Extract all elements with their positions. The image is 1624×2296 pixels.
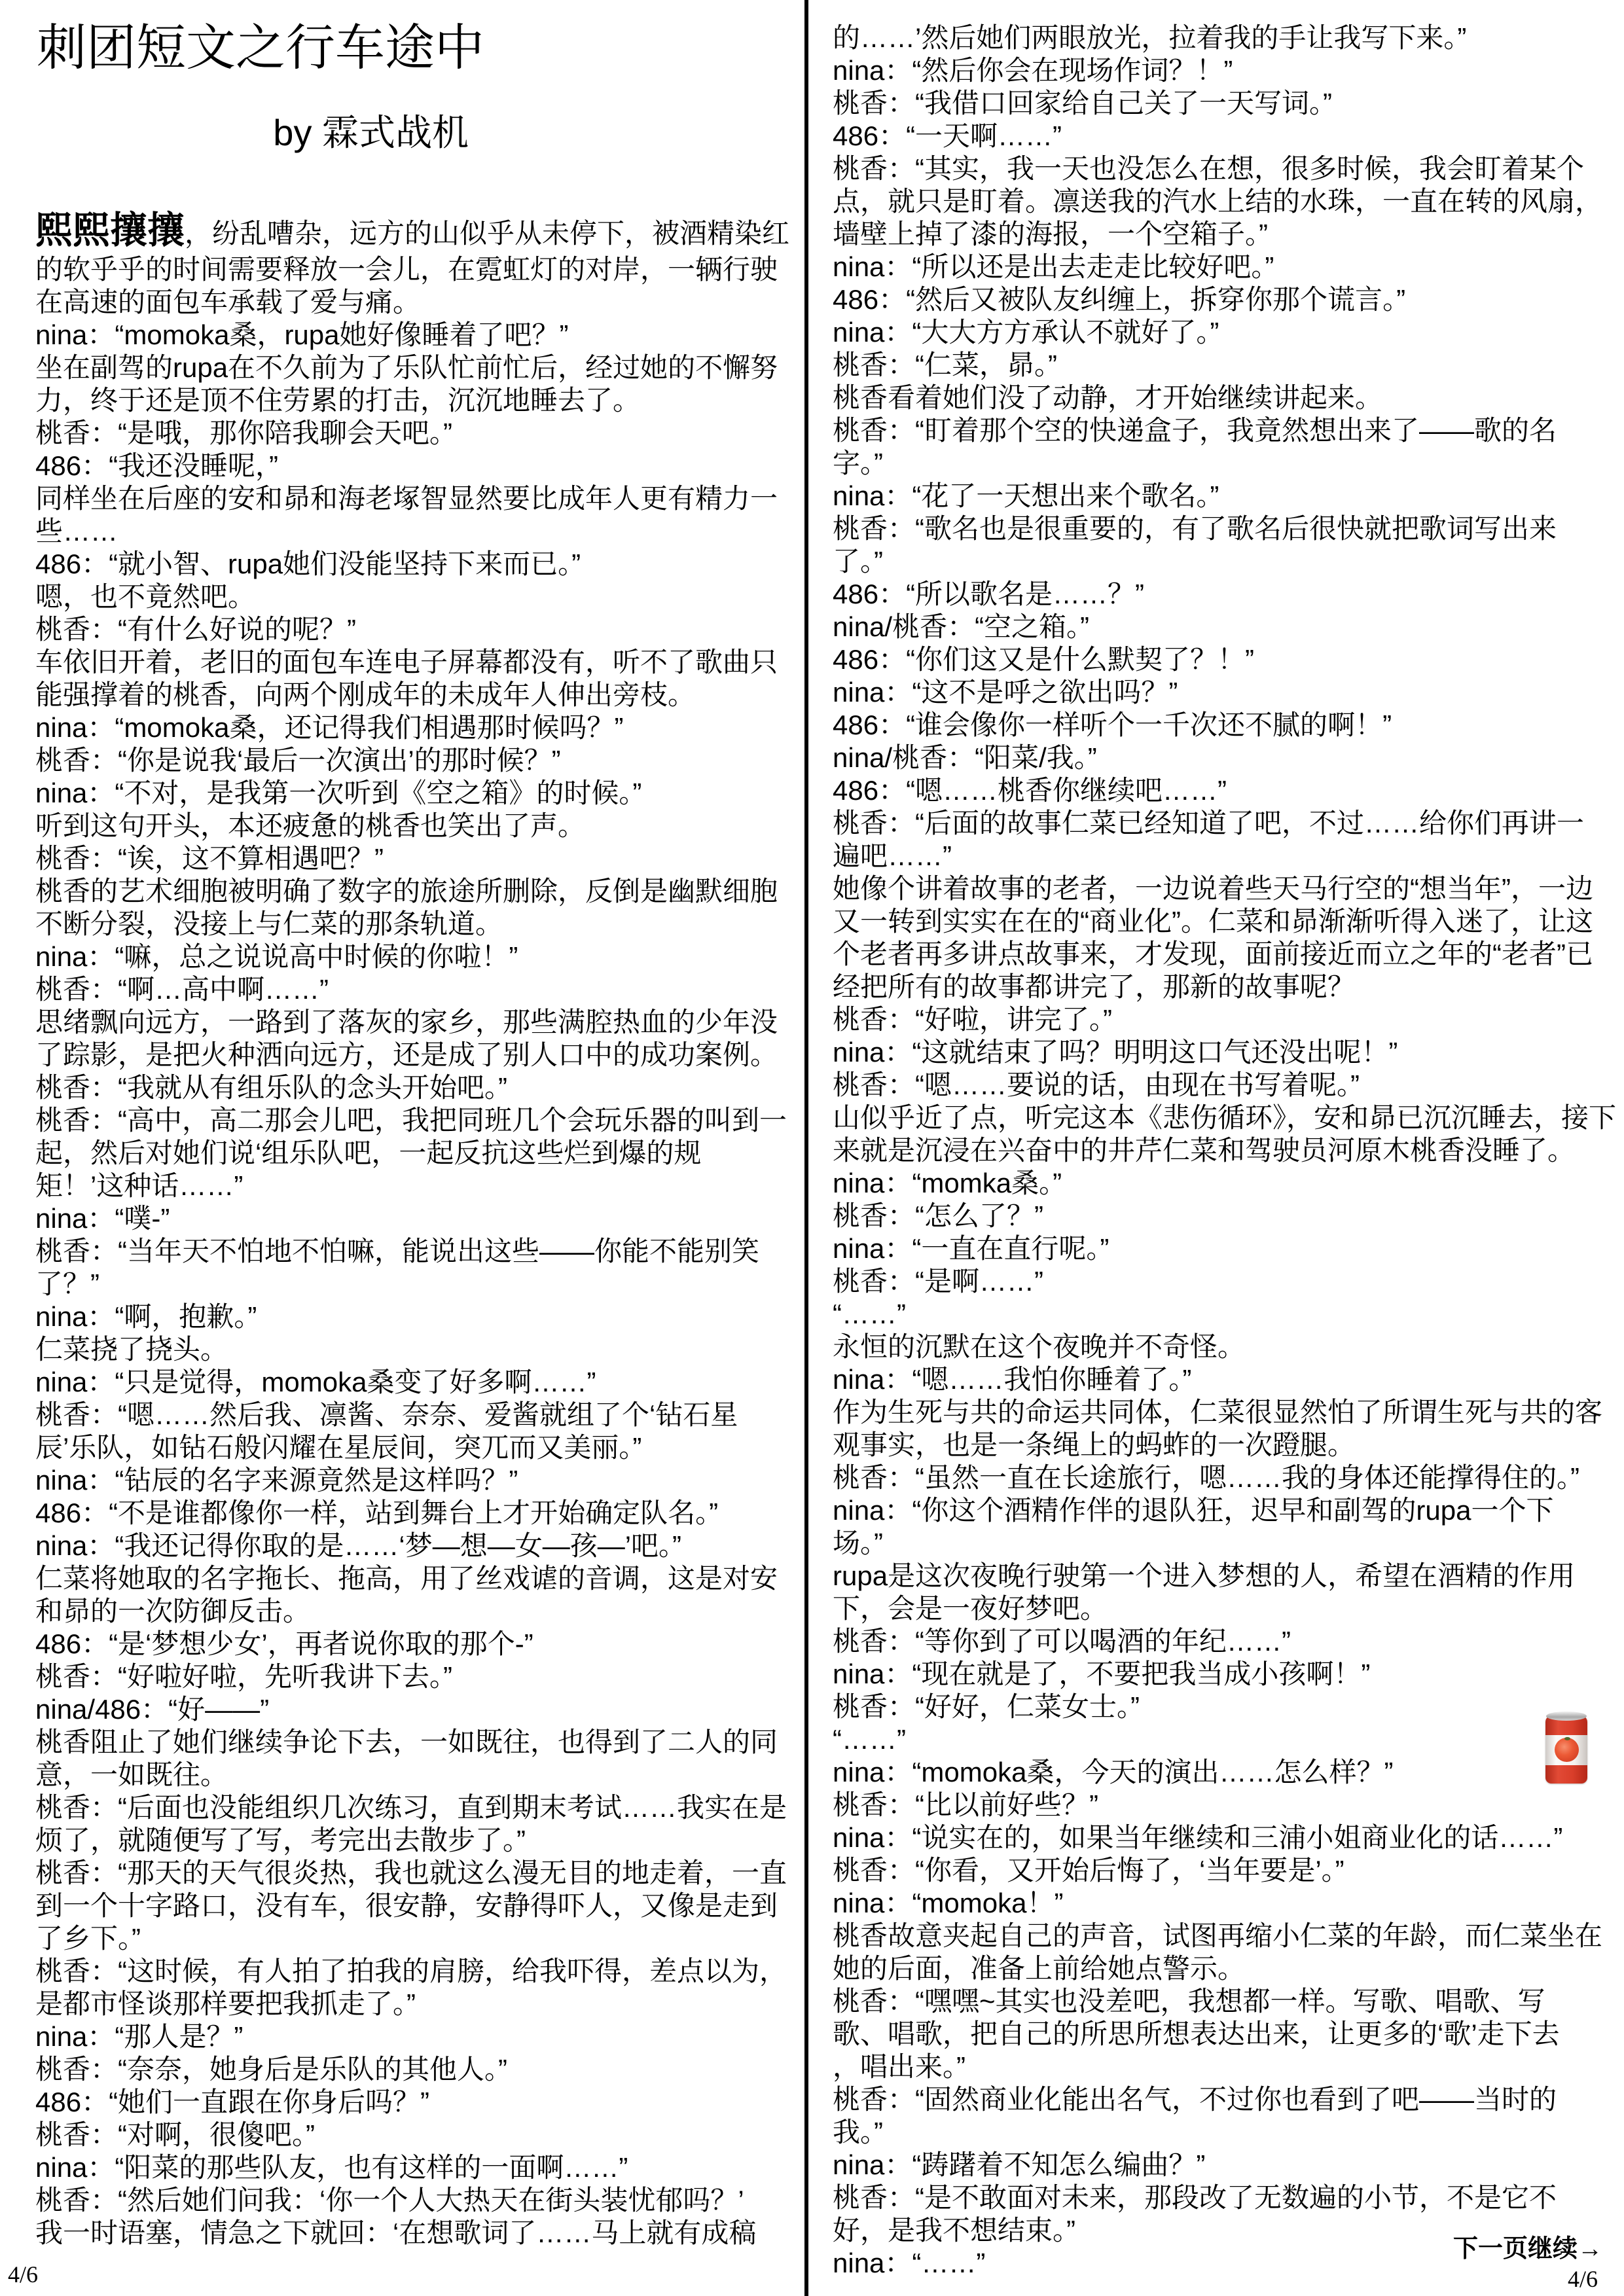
right-column-line: 桃香：“是不敢面对未来，那段改了无数遍的小节，不是它不: [833, 2181, 1618, 2214]
right-column-line: 桃香：“是啊……”: [833, 1265, 1618, 1298]
left-column-line: 嗯，也不竟然吧。: [35, 581, 803, 613]
left-column-line: 桃香：“有什么好说的呢？”: [35, 613, 803, 646]
right-column-line: rupa是这次夜晚行驶第一个进入梦想的人，希望在酒精的作用: [833, 1560, 1618, 1592]
left-column-line: nina：“啊，抱歉。”: [35, 1300, 803, 1333]
left-column-line: 辰’乐队，如钻石般闪耀在星辰间，突兀而又美丽。”: [35, 1431, 803, 1464]
right-column-line: nina：“这就结束了吗？明明这口气还没出呢！”: [833, 1036, 1618, 1069]
left-column-line: 矩！’这种话……”: [35, 1170, 803, 1202]
right-column-line: nina：“说实在的，如果当年继续和三浦小姐商业化的话……”: [833, 1821, 1618, 1854]
right-column: 的……’然后她们两眼放光，拉着我的手让我写下来。” nina：“然后你会在现场作…: [833, 22, 1618, 2280]
right-column-line: 桃香：“固然商业化能出名气，不过你也看到了吧——当时的: [833, 2083, 1618, 2116]
author-byline: by 霖式战机: [0, 113, 469, 152]
right-column-line: 桃香：“仁菜，昴。”: [833, 349, 1618, 382]
right-column-line: 字。”: [833, 447, 1618, 480]
tomato-can-icon: [1545, 1712, 1589, 1785]
right-column-line: nina：“然后你会在现场作词？！”: [833, 54, 1618, 87]
left-column-line: 坐在副驾的rupa在不久前为了乐队忙前忙后，经过她的不懈努: [35, 351, 803, 384]
left-column-line: 车依旧开着，老旧的面包车连电子屏幕都没有，听不了歌曲只: [35, 646, 803, 679]
right-column-line: 观事实，也是一条绳上的蚂蚱的一次蹬腿。: [833, 1429, 1618, 1462]
right-column-line: 又一转到实实在在的“商业化”。仁菜和昴渐渐听得入迷了，让这: [833, 905, 1618, 938]
left-column-line: 是都市怪谈那样要把我抓走了。”: [35, 1988, 803, 2020]
right-column-line: 桃香：“比以前好些？”: [833, 1789, 1618, 1821]
right-column-line: 永恒的沉默在这个夜晚并不奇怪。: [833, 1331, 1618, 1363]
can-lid: [1546, 1712, 1587, 1721]
next-page-note: 下一页继续→: [1453, 2236, 1602, 2262]
right-column-line: nina：“你这个酒精作伴的退队狂，迟早和副驾的rupa一个下: [833, 1494, 1618, 1527]
left-column-line: 在高速的面包车承载了爱与痛。: [35, 286, 803, 319]
right-column-line: 486：“所以歌名是……？”: [833, 578, 1618, 611]
right-column-line: 经把所有的故事都讲完了，那新的故事呢？: [833, 971, 1618, 1003]
right-column-line: “……”: [833, 1298, 1618, 1331]
left-column-line: nina：“momoka桑，还记得我们相遇那时候吗？”: [35, 711, 803, 744]
right-column-line: 山似乎近了点，听完这本《悲伤循环》，安和昴已沉沉睡去，接下: [833, 1102, 1618, 1134]
right-column-line: 桃香：“嗯……要说的话，由现在书写着呢。”: [833, 1069, 1618, 1102]
left-column-line: nina：“噗-”: [35, 1202, 803, 1235]
right-column-line: 486：“然后又被队友纠缠上，拆穿你那个谎言。”: [833, 283, 1618, 316]
right-column-line: nina：“momoka！”: [833, 1887, 1618, 1920]
right-column-line: 桃香：“你看，又开始后悔了，‘当年要是’。”: [833, 1854, 1618, 1887]
right-column-line: 她的后面，准备上前给她点警示。: [833, 1952, 1618, 1985]
left-column-line: 烦了，就随便写了写，考完出去散步了。”: [35, 1824, 803, 1857]
left-column-line: 桃香：“是哦，那你陪我聊会天吧。”: [35, 417, 803, 450]
right-column-line: 个老者再多讲点故事来，才发现，面前接近而立之年的“老者”已: [833, 938, 1618, 971]
right-column-line: 我。”: [833, 2116, 1618, 2149]
opening-line: 熙熙攘攘，纷乱嘈杂，远方的山似乎从未停下，被酒精染红: [35, 211, 789, 250]
right-column-line: 486：“一天啊……”: [833, 120, 1618, 152]
left-column-line: 能强撑着的桃香，向两个刚成年的未成年人伸出旁枝。: [35, 679, 803, 711]
left-column-line: 桃香：“我就从有组乐队的念头开始吧。”: [35, 1071, 803, 1104]
left-column-line: 仁菜挠了挠头。: [35, 1333, 803, 1366]
right-column-line: nina：“一直在直行呢。”: [833, 1232, 1618, 1265]
left-column-line: 起，然后对她们说‘组乐队吧，一起反抗这些烂到爆的规: [35, 1137, 803, 1170]
left-column-line: 桃香的艺术细胞被明确了数字的旅途所删除，反倒是幽默细胞: [35, 875, 803, 908]
left-column-line: 486：“是‘梦想少女’，再者说你取的那个-”: [35, 1628, 803, 1660]
left-column-line: 桃香：“对啊，很傻吧。”: [35, 2119, 803, 2151]
page-number-right: 4/6: [1568, 2269, 1598, 2289]
right-column-line: 桃香：“歌名也是很重要的，有了歌名后很快就把歌词写出来: [833, 512, 1618, 545]
left-column-line: 桃香：“好啦好啦，先听我讲下去。”: [35, 1660, 803, 1693]
right-column-line: nina：“这不是呼之欲出吗？”: [833, 676, 1618, 709]
left-column-line: 桃香：“这时候，有人拍了拍我的肩膀，给我吓得，差点以为，: [35, 1955, 803, 1988]
left-column-line: 桃香：“高中，高二那会儿吧，我把同班几个会玩乐器的叫到一: [35, 1104, 803, 1137]
left-column-line: 仁菜将她取的名字拖长、拖高，用了丝戏谑的音调，这是对安: [35, 1562, 803, 1595]
left-column-line: nina：“嘛，总之说说高中时候的你啦！”: [35, 941, 803, 973]
left-column-line: 桃香：“奈奈，她身后是乐队的其他人。”: [35, 2053, 803, 2086]
left-column-line: 桃香：“你是说我‘最后一次演出’的那时候？”: [35, 744, 803, 777]
right-column-line: nina：“所以还是出去走走比较好吧。”: [833, 251, 1618, 283]
left-column-line: 和昴的一次防御反击。: [35, 1595, 803, 1628]
right-column-line: 桃香：“我借口回家给自己关了一天写词。”: [833, 87, 1618, 120]
right-column-line: 486：“你们这又是什么默契了？！”: [833, 643, 1618, 676]
right-column-line: 桃香：“等你到了可以喝酒的年纪……”: [833, 1625, 1618, 1658]
tomato-icon: [1555, 1738, 1579, 1762]
left-column-line: 桃香：“当年天不怕地不怕嘛，能说出这些——你能不能别笑: [35, 1235, 803, 1268]
left-column-line: 不断分裂，没接上与仁菜的那条轨道。: [35, 908, 803, 941]
right-column-line: nina：“大大方方承认不就好了。”: [833, 316, 1618, 349]
right-column-line: 486：“谁会像你一样听个一千次还不腻的啊！”: [833, 709, 1618, 742]
left-column-line: nina：“不对，是我第一次听到《空之箱》的时候。”: [35, 777, 803, 810]
left-column-line: 桃香：“嗯……然后我、凛酱、奈奈、爱酱就组了个‘钻石星: [35, 1399, 803, 1431]
tomato-stem: [1564, 1737, 1570, 1740]
left-column-line: 桃香：“然后她们问我：‘你一个人大热天在街头装忧郁吗？’: [35, 2184, 803, 2217]
right-column-line: 桃香：“怎么了？”: [833, 1200, 1618, 1232]
left-column-line: nina：“momoka桑，rupa她好像睡着了吧？”: [35, 319, 803, 351]
left-column-line: 了？”: [35, 1268, 803, 1300]
right-column-line: 桃香：“虽然一直在长途旅行，嗯……我的身体还能撑得住的。”: [833, 1462, 1618, 1494]
left-column-line: nina：“我还记得你取的是……‘梦—想—女—孩—’吧。”: [35, 1530, 803, 1562]
right-column-line: nina：“花了一天想出来个歌名。”: [833, 480, 1618, 512]
right-column-line: nina：“踌躇着不知怎么编曲？”: [833, 2149, 1618, 2181]
left-column-line: 桃香：“后面也没能组织几次练习，直到期末考试……我实在是: [35, 1791, 803, 1824]
right-column-line: 桃香看着她们没了动静，才开始继续讲起来。: [833, 382, 1618, 414]
right-column-line: 了。”: [833, 545, 1618, 578]
right-column-line: nina/桃香：“阳菜/我。”: [833, 742, 1618, 774]
left-column-line: nina：“阳菜的那些队友，也有这样的一面啊……”: [35, 2151, 803, 2184]
right-column-line: 的……’然后她们两眼放光，拉着我的手让我写下来。”: [833, 22, 1618, 54]
left-column-line: 486：“她们一直跟在你身后吗？”: [35, 2086, 803, 2119]
left-column-line: 到一个十字路口，没有车，很安静，安静得吓人，又像是走到: [35, 1890, 803, 1922]
right-column-line: 歌、唱歌，把自己的所思所想表达出来，让更多的‘歌’走下去: [833, 2018, 1618, 2051]
left-column-line: 同样坐在后座的安和昴和海老塚智显然要比成年人更有精力一: [35, 482, 803, 515]
left-column-line: nina：“钻辰的名字来源竟然是这样吗？”: [35, 1464, 803, 1497]
right-column-line: 来就是沉浸在兴奋中的井芹仁菜和驾驶员河原木桃香没睡了。: [833, 1134, 1618, 1167]
left-column-line: 486：“我还没睡呢，”: [35, 450, 803, 482]
can-body: [1545, 1715, 1587, 1784]
right-column-line: nina：“momka桑。”: [833, 1167, 1618, 1200]
left-column-line: 桃香：“那天的天气很炎热，我也就这么漫无目的地走着，一直: [35, 1857, 803, 1890]
left-column-line: 思绪飘向远方，一路到了落灰的家乡，那些满腔热血的少年没: [35, 1006, 803, 1039]
left-column-line: 力，终于还是顶不住劳累的打击，沉沉地睡去了。: [35, 384, 803, 417]
left-column-line: 了乡下。”: [35, 1922, 803, 1955]
right-column-line: nina/桃香：“空之箱。”: [833, 611, 1618, 643]
right-column-line: 桃香故意夹起自己的声音，试图再缩小仁菜的年龄，而仁菜坐在: [833, 1920, 1618, 1952]
left-column-line: 的软乎乎的时间需要释放一会儿，在霓虹灯的对岸，一辆行驶: [35, 253, 803, 286]
right-column-line: “……”: [833, 1723, 1618, 1756]
right-column-line: 桃香：“嘿嘿~其实也没差吧，我想都一样。写歌、唱歌、写: [833, 1985, 1618, 2018]
right-column-line: nina：“嗯……我怕你睡着了。”: [833, 1363, 1618, 1396]
right-column-line: 点，就只是盯着。凛送我的汽水上结的水珠，一直在转的风扇，: [833, 185, 1618, 218]
opening-line-text: ，纷乱嘈杂，远方的山似乎从未停下，被酒精染红: [185, 218, 789, 249]
column-divider: [804, 0, 808, 2296]
right-column-line: 桃香：“盯着那个空的快递盒子，我竟然想出来了——歌的名: [833, 414, 1618, 447]
right-column-line: nina：“现在就是了，不要把我当成小孩啊！”: [833, 1658, 1618, 1691]
right-column-line: 桃香：“好啦，讲完了。”: [833, 1003, 1618, 1036]
can-label-band: [1545, 1735, 1587, 1765]
right-column-line: 桃香：“其实，我一天也没怎么在想，很多时候，我会盯着某个: [833, 152, 1618, 185]
right-column-line: 486：“嗯……桃香你继续吧……”: [833, 774, 1618, 807]
document-page: 刺团短文之行车途中 by 霖式战机 熙熙攘攘，纷乱嘈杂，远方的山似乎从未停下，被…: [0, 0, 1624, 2296]
right-column-line: nina：“momoka桑，今天的演出……怎么样？”: [833, 1756, 1618, 1789]
right-column-line: 遍吧……”: [833, 840, 1618, 872]
left-column-line: 些……: [35, 515, 803, 548]
opening-lead-word: 熙熙攘攘: [35, 209, 185, 251]
left-column-line: 486：“不是谁都像你一样，站到舞台上才开始确定队名。”: [35, 1497, 803, 1530]
left-column-line: 桃香：“啊…高中啊……”: [35, 973, 803, 1006]
left-column-line: 桃香阻止了她们继续争论下去，一如既往，也得到了二人的同: [35, 1726, 803, 1759]
left-column-line: 桃香：“诶，这不算相遇吧？”: [35, 842, 803, 875]
left-column-line: 听到这句开头，本还疲惫的桃香也笑出了声。: [35, 810, 803, 842]
left-column-line: 意，一如既往。: [35, 1759, 803, 1791]
document-title: 刺团短文之行车途中: [37, 21, 484, 76]
left-column-line: 486：“就小智、rupa她们没能坚持下来而已。”: [35, 548, 803, 581]
left-column-line: 了踪影，是把火种洒向远方，还是成了别人口中的成功案例。: [35, 1039, 803, 1071]
right-column-line: 场。”: [833, 1527, 1618, 1560]
right-column-line: 下，会是一夜好梦吧。: [833, 1592, 1618, 1625]
right-column-line: 桃香：“好好，仁菜女士。”: [833, 1691, 1618, 1723]
page-number-left: 4/6: [8, 2264, 38, 2285]
right-column-line: 她像个讲着故事的老者，一边说着些天马行空的“想当年”，一边: [833, 872, 1618, 905]
right-column-line: ，唱出来。”: [833, 2051, 1618, 2083]
left-column-line: 我一时语塞，情急之下就回：‘在想歌词了……马上就有成稿: [35, 2217, 803, 2250]
right-column-line: 桃香：“后面的故事仁菜已经知道了吧，不过……给你们再讲一: [833, 807, 1618, 840]
left-column-line: nina：“那人是？”: [35, 2020, 803, 2053]
left-column-line: nina：“只是觉得，momoka桑变了好多啊……”: [35, 1366, 803, 1399]
right-column-line: 作为生死与共的命运共同体，仁菜很显然怕了所谓生死与共的客: [833, 1396, 1618, 1429]
left-column-line: nina/486：“好——”: [35, 1693, 803, 1726]
right-column-line: 墙壁上掉了漆的海报，一个空箱子。”: [833, 218, 1618, 251]
left-column: 的软乎乎的时间需要释放一会儿，在霓虹灯的对岸，一辆行驶 在高速的面包车承载了爱与…: [35, 253, 803, 2250]
